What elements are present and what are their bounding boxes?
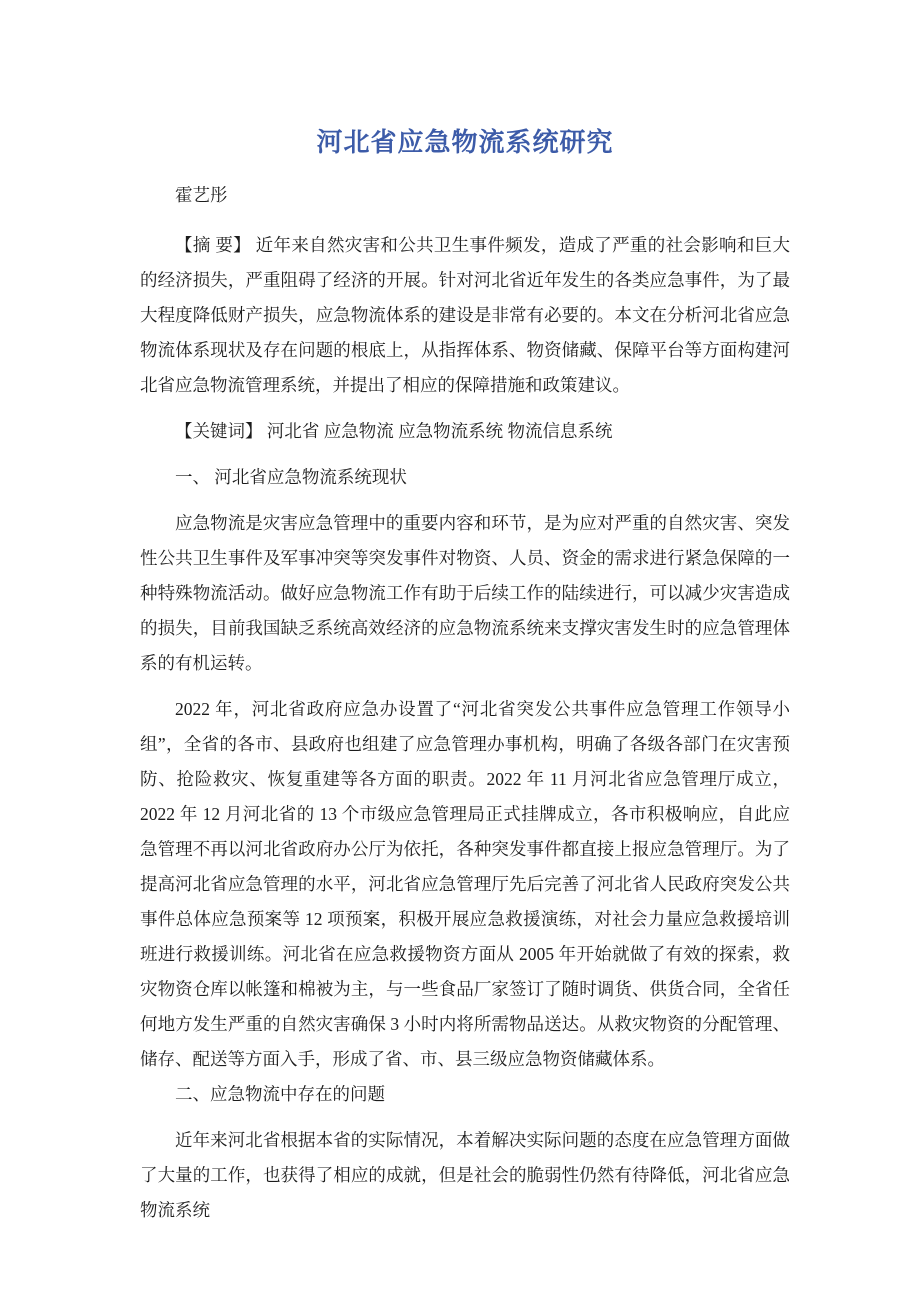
abstract-paragraph: 【摘 要】 近年来自然灾害和公共卫生事件频发，造成了严重的社会影响和巨大的经济损… xyxy=(140,228,790,403)
keywords-line: 【关键词】 河北省 应急物流 应急物流系统 物流信息系统 xyxy=(140,414,790,449)
author-name: 霍艺彤 xyxy=(140,178,790,213)
body-paragraph-1: 应急物流是灾害应急管理中的重要内容和环节，是为应对严重的自然灾害、突发性公共卫生… xyxy=(140,506,790,681)
body-paragraph-2: 2022 年，河北省政府应急办设置了“河北省突发公共事件应急管理工作领导小组”，… xyxy=(140,692,790,1077)
body-paragraph-3: 近年来河北省根据本省的实际情况，本着解决实际问题的态度在应急管理方面做了大量的工… xyxy=(140,1123,790,1228)
section-heading-1: 一、 河北省应急物流系统现状 xyxy=(140,460,790,495)
document-title: 河北省应急物流系统研究 xyxy=(140,125,790,160)
section-heading-2: 二、应急物流中存在的问题 xyxy=(140,1077,790,1112)
document-page: 河北省应急物流系统研究 霍艺彤 【摘 要】 近年来自然灾害和公共卫生事件频发，造… xyxy=(0,0,920,1302)
